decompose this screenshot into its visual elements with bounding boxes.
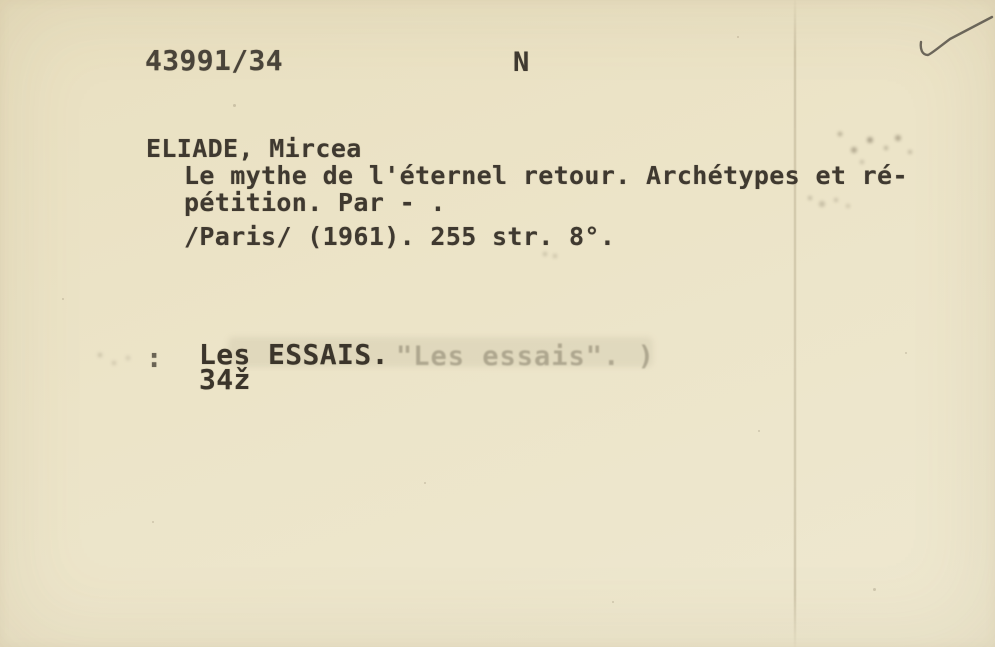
series-colon: : — [146, 343, 163, 374]
title-line-2: pétition. Par - . — [184, 188, 446, 217]
ink-bleedthrough — [98, 353, 102, 357]
pencil-checkmark-icon — [900, 5, 995, 67]
series-number: 34ž — [199, 363, 251, 396]
title-line-1: Le mythe de l'éternel retour. Archétypes… — [184, 161, 908, 190]
section-letter: N — [513, 47, 530, 78]
author-heading: ELIADE, Mircea — [146, 134, 362, 163]
ink-bleedthrough — [808, 196, 812, 200]
catalog-card: 43991/34 N ELIADE, Mircea Le mythe de l'… — [0, 0, 995, 647]
imprint-line: /Paris/ (1961). 255 str. 8°. — [184, 222, 615, 251]
erased-typed-text: "Les essais". ) — [396, 341, 655, 372]
call-number: 43991/34 — [145, 44, 283, 77]
card-fold-crease — [794, 0, 796, 647]
ink-bleedthrough — [543, 252, 547, 256]
ink-bleedthrough — [838, 132, 842, 136]
